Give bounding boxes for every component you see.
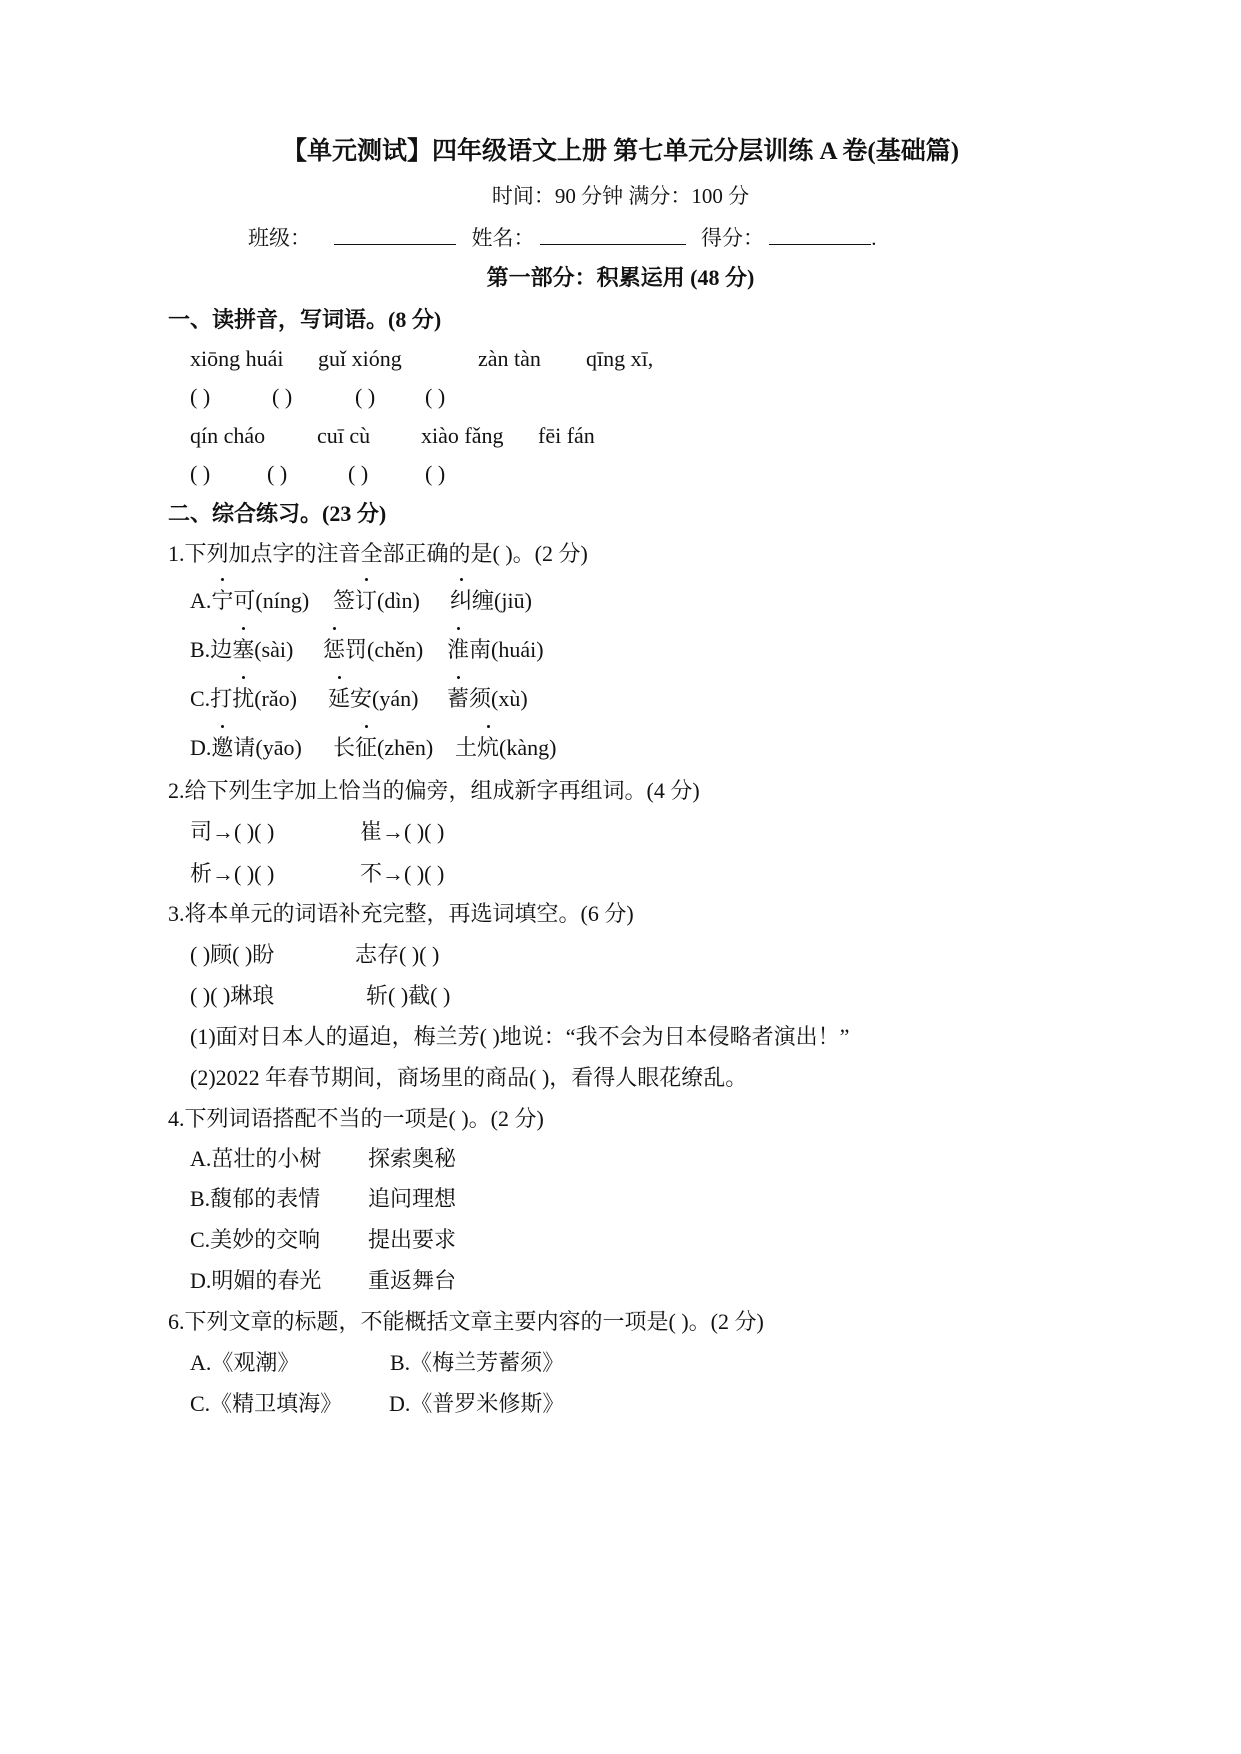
q4-option-c[interactable]: C.美妙的交响 (190, 1226, 320, 1254)
option-label: D. (190, 735, 211, 760)
pinyin-8: fēi fán (538, 422, 595, 450)
dotted-char: 惩 (323, 636, 345, 664)
q2-stem: 2.给下列生字加上恰当的偏旁，组成新字再组词。(4 分) (168, 777, 700, 805)
class-field[interactable] (334, 226, 456, 245)
dotted-char: 征 (355, 734, 377, 762)
q1-option-b-item3: 淮南(huái) (447, 636, 544, 664)
char: 打 (210, 686, 232, 711)
q4-option-b[interactable]: B.馥郁的表情 (190, 1185, 320, 1213)
q1-option-d[interactable]: D.邀请(yāo) (190, 734, 302, 762)
q1-option-a-item2: 签订(dìn) (333, 587, 420, 615)
pinyin: (xù) (491, 686, 528, 711)
dotted-char: 邀 (211, 734, 233, 762)
option-label: A. (190, 588, 211, 613)
time-score-info: 时间：90 分钟 满分：100 分 (0, 182, 1241, 210)
q1-stem: 1.下列加点字的注音全部正确的是( )。(2 分) (168, 540, 588, 568)
q4-option-b-right: 追问理想 (368, 1185, 456, 1213)
q2-item[interactable]: 析→( )( ) (190, 860, 274, 888)
pinyin-2: guǐ xióng (318, 345, 402, 373)
q4-option-a-right: 探索奥秘 (368, 1145, 456, 1173)
pinyin-5: qín cháo (190, 422, 265, 450)
score-field[interactable] (769, 226, 871, 245)
answer-blank[interactable]: ( ) (425, 383, 445, 411)
dotted-char: 扰 (232, 685, 254, 713)
pinyin: (chěn) (367, 637, 423, 662)
q1-option-b-item2: 惩罚(chěn) (323, 636, 423, 664)
q3-item[interactable]: ( )( )琳琅 (190, 982, 274, 1010)
q4-option-d-right: 重返舞台 (368, 1267, 456, 1295)
char: 须 (469, 686, 491, 711)
q2-item[interactable]: 崔→( )( ) (360, 818, 444, 846)
q3-fill-2[interactable]: (2)2022 年春节期间，商场里的商品( )，看得人眼花缭乱。 (190, 1064, 747, 1092)
name-label: 姓名： (472, 226, 535, 250)
q2-item[interactable]: 司→( )( ) (190, 818, 274, 846)
answer-blank[interactable]: ( ) (267, 460, 287, 488)
dotted-char: 订 (355, 587, 377, 615)
student-info-line: 班级： 姓名： 得分： . (248, 224, 877, 252)
pinyin: (rǎo) (254, 686, 297, 711)
page-title: 【单元测试】四年级语文上册 第七单元分层训练 A 卷(基础篇) (0, 138, 1241, 166)
q1-option-d-item3: 土炕(kàng) (455, 734, 556, 762)
char: 长 (333, 735, 355, 760)
part-title: 第一部分：积累运用 (48 分) (0, 264, 1241, 292)
score-label: 得分： (701, 226, 764, 250)
section1-heading: 一、读拼音，写词语。(8 分) (168, 306, 441, 334)
q2-item[interactable]: 不→( )( ) (360, 860, 444, 888)
char: 缠 (472, 588, 494, 613)
pinyin-3: zàn tàn (478, 345, 541, 373)
q3-item[interactable]: 斩( )截( ) (366, 982, 450, 1010)
char: 安 (350, 686, 372, 711)
q3-fill-1[interactable]: (1)面对日本人的逼迫，梅兰芳( )地说：“我不会为日本侵略者演出！” (190, 1023, 849, 1051)
q4-option-a[interactable]: A.茁壮的小树 (190, 1145, 321, 1173)
q3-stem: 3.将本单元的词语补充完整，再选词填空。(6 分) (168, 900, 634, 928)
class-label: 班级： (248, 226, 311, 250)
q1-option-a[interactable]: A.宁可(níng) (190, 587, 309, 615)
answer-blank[interactable]: ( ) (272, 383, 292, 411)
q1-option-d-item2: 长征(zhēn) (333, 734, 433, 762)
pinyin: (jiū) (494, 588, 532, 613)
char: 请 (233, 735, 255, 760)
q6-option-d[interactable]: D.《普罗米修斯》 (389, 1390, 564, 1418)
char: 可 (233, 588, 255, 613)
q6-option-a[interactable]: A.《观潮》 (190, 1349, 299, 1377)
pinyin: (dìn) (377, 588, 420, 613)
pinyin-4: qīng xī, (586, 345, 653, 373)
dotted-char: 淮 (447, 636, 469, 664)
q6-stem: 6.下列文章的标题，不能概括文章主要内容的一项是( )。(2 分) (168, 1308, 764, 1336)
pinyin-6: cuī cù (317, 422, 370, 450)
q3-item[interactable]: 志存( )( ) (355, 941, 439, 969)
pinyin-7: xiào fǎng (421, 422, 503, 450)
dotted-char: 延 (328, 685, 350, 713)
char: 罚 (345, 637, 367, 662)
q3-item[interactable]: ( )顾( )盼 (190, 941, 274, 969)
section2-heading: 二、综合练习。(23 分) (168, 500, 386, 528)
char: 南 (469, 637, 491, 662)
answer-blank[interactable]: ( ) (190, 460, 210, 488)
pinyin: (huái) (491, 637, 544, 662)
q4-option-d[interactable]: D.明媚的春光 (190, 1267, 321, 1295)
char: 土 (455, 735, 477, 760)
pinyin: (kàng) (499, 735, 556, 760)
q1-option-a-item3: 纠缠(jiū) (450, 587, 532, 615)
char: 边 (210, 637, 232, 662)
dotted-char: 炕 (477, 734, 499, 762)
dotted-char: 蓄 (447, 685, 469, 713)
q4-stem: 4.下列词语搭配不当的一项是( )。(2 分) (168, 1105, 544, 1133)
pinyin: (níng) (255, 588, 309, 613)
dotted-char: 宁 (211, 587, 233, 615)
answer-blank[interactable]: ( ) (425, 460, 445, 488)
q6-option-b[interactable]: B.《梅兰芳蓄须》 (390, 1349, 564, 1377)
option-label: B. (190, 637, 210, 662)
char: 签 (333, 588, 355, 613)
dotted-char: 塞 (232, 636, 254, 664)
q1-option-c[interactable]: C.打扰(rǎo) (190, 685, 297, 713)
q4-option-c-right: 提出要求 (368, 1226, 456, 1254)
answer-blank[interactable]: ( ) (190, 383, 210, 411)
dotted-char: 纠 (450, 587, 472, 615)
answer-blank[interactable]: ( ) (355, 383, 375, 411)
end-period: . (871, 226, 876, 250)
name-field[interactable] (540, 226, 686, 245)
pinyin: (yāo) (255, 735, 301, 760)
pinyin: (sài) (254, 637, 293, 662)
q1-option-b[interactable]: B.边塞(sài) (190, 636, 293, 664)
option-label: C. (190, 686, 210, 711)
pinyin-1: xiōng huái (190, 345, 284, 373)
q6-option-c[interactable]: C.《精卫填海》 (190, 1390, 342, 1418)
q1-option-c-item2: 延安(yán) (328, 685, 418, 713)
pinyin: (yán) (372, 686, 418, 711)
pinyin: (zhēn) (377, 735, 433, 760)
q1-option-c-item3: 蓄须(xù) (447, 685, 528, 713)
answer-blank[interactable]: ( ) (348, 460, 368, 488)
